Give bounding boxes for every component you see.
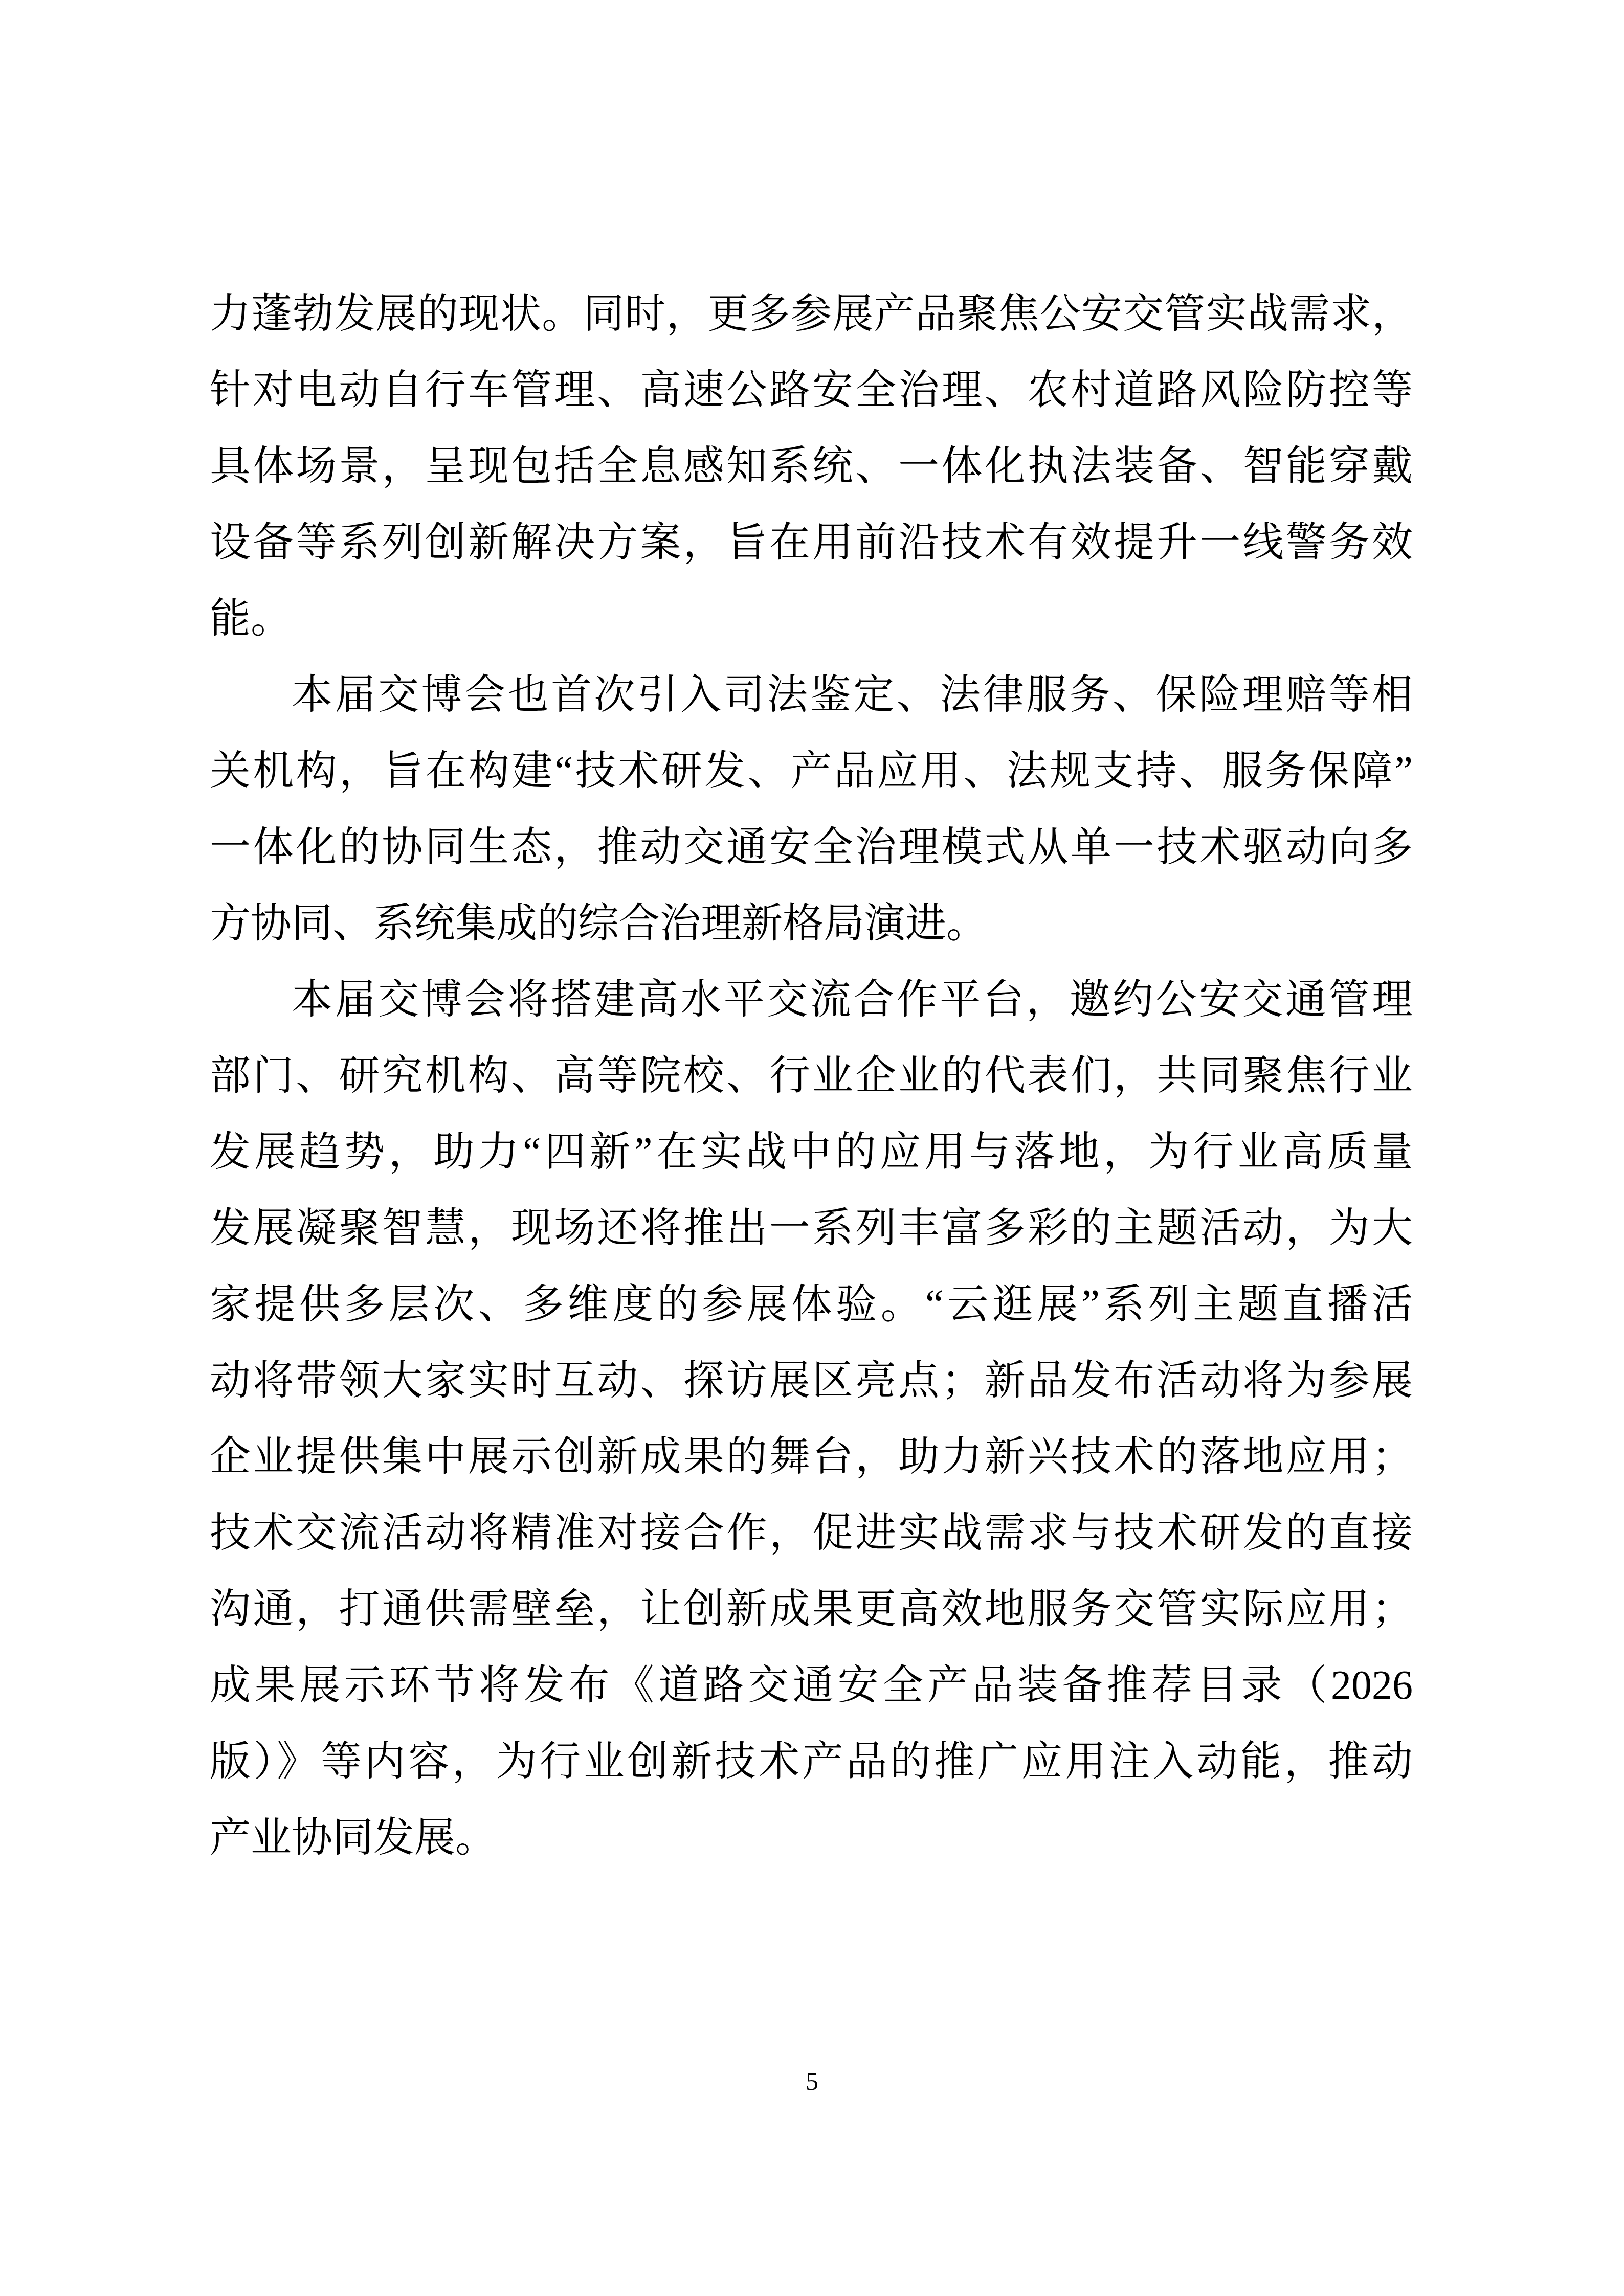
- text-line: 发展趋势，助力“四新”在实战中的应用与落地，为行业高质量: [210, 1114, 1413, 1190]
- text-line: 本届交博会将搭建高水平交流合作平台，邀约公安交通管理: [210, 962, 1413, 1038]
- text-line: 沟通，打通供需壁垒，让创新成果更高效地服务交管实际应用；: [210, 1571, 1413, 1648]
- page-footer: 5: [0, 2066, 1624, 2097]
- text-line: 针对电动自行车管理、高速公路安全治理、农村道路风险防控等: [210, 352, 1413, 429]
- text-line: 家提供多层次、多维度的参展体验。“云逛展”系列主题直播活: [210, 1267, 1413, 1343]
- text-line: 一体化的协同生态，推动交通安全治理模式从单一技术驱动向多: [210, 809, 1413, 886]
- text-line: 力蓬勃发展的现状。同时，更多参展产品聚焦公安交管实战需求，: [210, 276, 1413, 352]
- text-line: 成果展示环节将发布《道路交通安全产品装备推荐目录（2026: [210, 1648, 1413, 1724]
- text-line: 关机构，旨在构建“技术研发、产品应用、法规支持、服务保障”: [210, 733, 1413, 809]
- text-line: 具体场景，呈现包括全息感知系统、一体化执法装备、智能穿戴: [210, 429, 1413, 505]
- text-line: 企业提供集中展示创新成果的舞台，助力新兴技术的落地应用；: [210, 1419, 1413, 1495]
- text-line: 版）》等内容，为行业创新技术产品的推广应用注入动能，推动: [210, 1724, 1413, 1800]
- paragraph: 本届交博会将搭建高水平交流合作平台，邀约公安交通管理部门、研究机构、高等院校、行…: [210, 962, 1413, 1876]
- text-line: 技术交流活动将精准对接合作，促进实战需求与技术研发的直接: [210, 1495, 1413, 1571]
- page-body: 力蓬勃发展的现状。同时，更多参展产品聚焦公安交管实战需求，针对电动自行车管理、高…: [210, 276, 1413, 1876]
- text-line: 产业协同发展。: [210, 1800, 1413, 1876]
- text-line: 本届交博会也首次引入司法鉴定、法律服务、保险理赔等相: [210, 657, 1413, 733]
- text-line: 方协同、系统集成的综合治理新格局演进。: [210, 886, 1413, 962]
- paragraph: 力蓬勃发展的现状。同时，更多参展产品聚焦公安交管实战需求，针对电动自行车管理、高…: [210, 276, 1413, 657]
- text-line: 部门、研究机构、高等院校、行业企业的代表们，共同聚焦行业: [210, 1038, 1413, 1114]
- text-line: 设备等系列创新解决方案，旨在用前沿技术有效提升一线警务效: [210, 505, 1413, 581]
- text-line: 发展凝聚智慧，现场还将推出一系列丰富多彩的主题活动，为大: [210, 1190, 1413, 1267]
- page-number: 5: [806, 2067, 818, 2096]
- text-line: 能。: [210, 581, 1413, 657]
- document-page: 力蓬勃发展的现状。同时，更多参展产品聚焦公安交管实战需求，针对电动自行车管理、高…: [0, 0, 1624, 2296]
- paragraph: 本届交博会也首次引入司法鉴定、法律服务、保险理赔等相关机构，旨在构建“技术研发、…: [210, 657, 1413, 962]
- text-line: 动将带领大家实时互动、探访展区亮点；新品发布活动将为参展: [210, 1343, 1413, 1419]
